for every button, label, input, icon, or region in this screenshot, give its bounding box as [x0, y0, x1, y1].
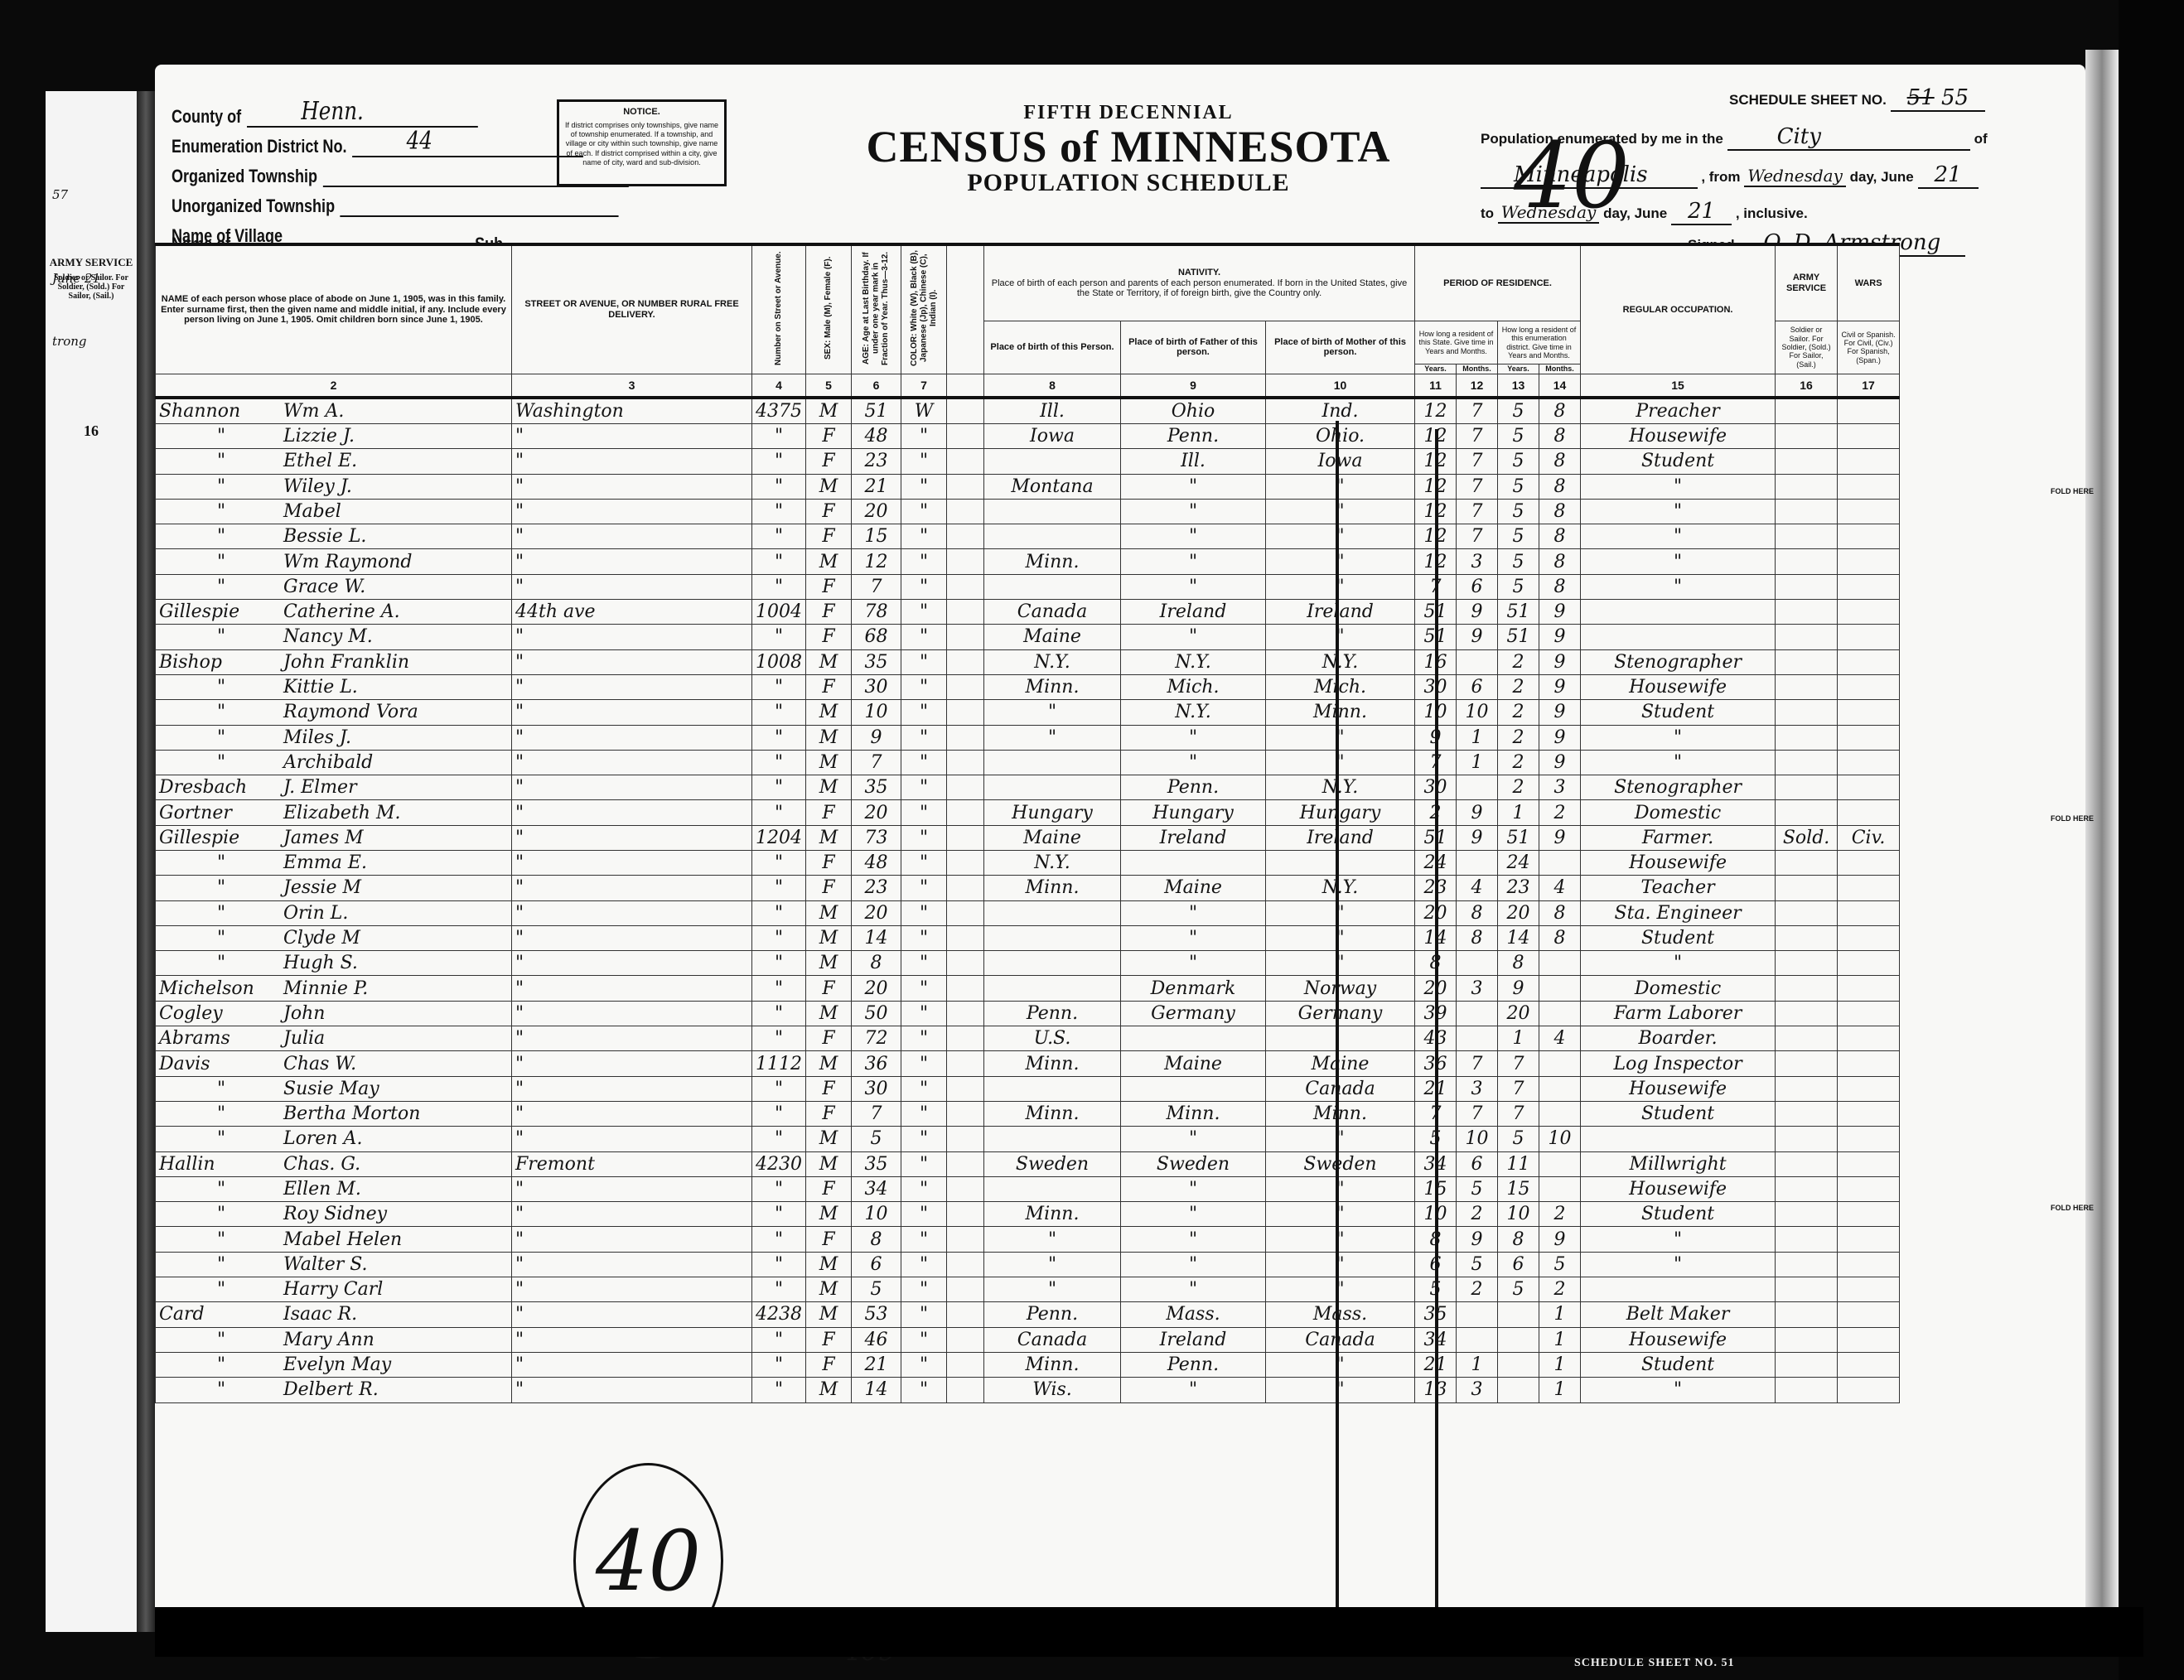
- county-label: County of: [172, 106, 241, 128]
- occupation-cell: Housewife: [1581, 850, 1776, 875]
- wars-cell: [1838, 1101, 1900, 1126]
- enumerated-label: Population enumerated by me in the: [1481, 131, 1723, 147]
- table-row: CogleyJohn""M50"Penn.GermanyGermany3920F…: [156, 1001, 2086, 1026]
- district-years-cell: 5: [1498, 398, 1539, 424]
- district-months-cell: 8: [1539, 398, 1581, 424]
- birth-mother-cell: ": [1266, 549, 1415, 574]
- district-years-cell: 5: [1498, 524, 1539, 549]
- birth-person-cell: Maine: [984, 625, 1121, 649]
- surname: ": [159, 1354, 283, 1375]
- sex-cell: F: [806, 625, 852, 649]
- district-years-cell: 51: [1498, 600, 1539, 625]
- district-months-cell: 3: [1539, 775, 1581, 800]
- name-cell: "Grace W.: [156, 574, 512, 599]
- army-cell: [1776, 1001, 1838, 1026]
- age-cell: 68: [852, 625, 901, 649]
- birth-father-cell: Penn.: [1121, 423, 1266, 448]
- surname: ": [159, 752, 283, 773]
- wars-cell: [1838, 951, 1900, 976]
- street-cell: ": [512, 1127, 752, 1151]
- sex-cell: F: [806, 600, 852, 625]
- district-years-cell: 2: [1498, 674, 1539, 699]
- occupation-cell: Student: [1581, 925, 1776, 950]
- color-header-text: COLOR: White (W), Black (B), Japanese (J…: [910, 246, 939, 370]
- given-name: Wm A.: [283, 401, 344, 422]
- birth-person-cell: Iowa: [984, 423, 1121, 448]
- number-cell: ": [752, 1127, 806, 1151]
- street-cell: ": [512, 499, 752, 524]
- col-birth-father-header: Place of birth of Father of this person.: [1121, 321, 1266, 374]
- number-cell: ": [752, 800, 806, 825]
- age-cell: 8: [852, 1227, 901, 1252]
- birth-mother-cell: ": [1266, 900, 1415, 925]
- birth-father-cell: ": [1121, 725, 1266, 750]
- blank-cell: [947, 1302, 984, 1327]
- from-date-line: Minneapolis , from Wednesday day, June 2…: [1481, 162, 1979, 187]
- birth-mother-cell: Minn.: [1266, 700, 1415, 725]
- army-cell: [1776, 574, 1838, 599]
- blank-cell: [947, 398, 984, 424]
- margin-cell: [1900, 850, 2086, 875]
- street-cell: ": [512, 449, 752, 474]
- given-name: Mary Ann: [283, 1330, 374, 1350]
- district-years-cell: 2: [1498, 700, 1539, 725]
- state-months-cell: 2: [1457, 1202, 1498, 1227]
- table-row: "Mabel""F20"""12758": [156, 499, 2086, 524]
- street-cell: 44th ave: [512, 600, 752, 625]
- street-cell: ": [512, 1302, 752, 1327]
- wars-cell: [1838, 1176, 1900, 1201]
- birth-father-cell: Mass.: [1121, 1302, 1266, 1327]
- street-cell: ": [512, 951, 752, 976]
- number-cell: ": [752, 775, 806, 800]
- table-row: DresbachJ. Elmer""M35"Penn.N.Y.3023Steno…: [156, 775, 2086, 800]
- next-sheet-label: SCHEDULE SHEET NO. 51: [1574, 1657, 1734, 1670]
- street-cell: ": [512, 524, 752, 549]
- place-value: Minneapolis: [1481, 162, 1698, 189]
- number-cell: ": [752, 951, 806, 976]
- sex-header-text: SEX: Male (M), Female (F).: [824, 246, 833, 370]
- surname: ": [159, 476, 283, 497]
- name-cell: GortnerElizabeth M.: [156, 800, 512, 825]
- margin-cell: [1900, 1227, 2086, 1252]
- population-table: NAME of each person whose place of abode…: [155, 243, 2085, 1403]
- wars-cell: [1838, 649, 1900, 674]
- given-name: Catherine A.: [283, 601, 400, 622]
- birth-mother-cell: ": [1266, 1202, 1415, 1227]
- street-cell: ": [512, 1352, 752, 1377]
- color-cell: ": [901, 574, 947, 599]
- birth-person-cell: ": [984, 725, 1121, 750]
- occupation-cell: Housewife: [1581, 423, 1776, 448]
- number-cell: ": [752, 850, 806, 875]
- table-row: "Kittie L.""F30"Minn.Mich.Mich.30629Hous…: [156, 674, 2086, 699]
- table-row: "Miles J.""M9""""9129": [156, 725, 2086, 750]
- sex-cell: M: [806, 1001, 852, 1026]
- age-cell: 5: [852, 1277, 901, 1302]
- number-cell: ": [752, 876, 806, 900]
- wars-cell: [1838, 499, 1900, 524]
- table-row: "Clyde M""M14"""148148Student: [156, 925, 2086, 950]
- number-cell: ": [752, 1001, 806, 1026]
- margin-cell: [1900, 750, 2086, 775]
- number-cell: ": [752, 524, 806, 549]
- age-cell: 53: [852, 1302, 901, 1327]
- district-years-cell: 1: [1498, 1026, 1539, 1051]
- surname: Hallin: [159, 1154, 283, 1175]
- given-name: Ellen M.: [283, 1179, 361, 1200]
- from-day: Wednesday: [1744, 166, 1846, 187]
- table-row: "Bessie L.""F15"""12758": [156, 524, 2086, 549]
- wars-cell: [1838, 574, 1900, 599]
- number-cell: ": [752, 925, 806, 950]
- fragment-signature: trong: [52, 333, 100, 350]
- number-cell: 4375: [752, 398, 806, 424]
- margin-cell: [1900, 925, 2086, 950]
- number-cell: 1112: [752, 1051, 806, 1076]
- army-cell: [1776, 1151, 1838, 1176]
- district-years-cell: 5: [1498, 449, 1539, 474]
- birth-mother-cell: ": [1266, 1127, 1415, 1151]
- number-cell: ": [752, 674, 806, 699]
- state-months-cell: 7: [1457, 499, 1498, 524]
- surname: ": [159, 1254, 283, 1275]
- birth-father-cell: Ireland: [1121, 825, 1266, 850]
- state-months-cell: 7: [1457, 474, 1498, 499]
- table-row: GillespieCatherine A.44th ave1004F78"Can…: [156, 600, 2086, 625]
- table-row: "Hugh S.""M8"""88": [156, 951, 2086, 976]
- birth-mother-cell: ": [1266, 1176, 1415, 1201]
- nativity-note: Place of birth of each person and parent…: [988, 278, 1411, 299]
- age-cell: 7: [852, 1101, 901, 1126]
- district-years-cell: 7: [1498, 1101, 1539, 1126]
- blank-cell: [947, 725, 984, 750]
- blank-cell: [947, 600, 984, 625]
- district-years-cell: 5: [1498, 549, 1539, 574]
- number-cell: ": [752, 1176, 806, 1201]
- street-cell: ": [512, 549, 752, 574]
- district-months-cell: 1: [1539, 1327, 1581, 1352]
- blank-cell: [947, 1176, 984, 1201]
- state-years-header: Years.: [1415, 364, 1457, 374]
- district-months-cell: [1539, 1101, 1581, 1126]
- name-cell: "Miles J.: [156, 725, 512, 750]
- army-cell: [1776, 850, 1838, 875]
- army-cell: [1776, 1352, 1838, 1377]
- number-cell: ": [752, 574, 806, 599]
- col-num-10: 10: [1266, 374, 1415, 398]
- birth-mother-cell: ": [1266, 474, 1415, 499]
- age-cell: 23: [852, 876, 901, 900]
- birth-person-cell: [984, 574, 1121, 599]
- margin-cell: [1900, 700, 2086, 725]
- name-cell: "Loren A.: [156, 1127, 512, 1151]
- state-months-cell: [1457, 1026, 1498, 1051]
- name-cell: MichelsonMinnie P.: [156, 976, 512, 1001]
- wars-cell: [1838, 524, 1900, 549]
- birth-person-cell: [984, 1127, 1121, 1151]
- birth-father-cell: ": [1121, 1176, 1266, 1201]
- street-cell: ": [512, 574, 752, 599]
- birth-mother-cell: [1266, 1026, 1415, 1051]
- col-birth-person-header: Place of birth of this Person.: [984, 321, 1121, 374]
- street-cell: ": [512, 1026, 752, 1051]
- given-name: Emma E.: [283, 852, 367, 873]
- col-num-5: 5: [806, 374, 852, 398]
- district-months-cell: 9: [1539, 725, 1581, 750]
- name-cell: DresbachJ. Elmer: [156, 775, 512, 800]
- surname: ": [159, 1103, 283, 1124]
- sex-cell: F: [806, 1076, 852, 1101]
- occupation-cell: Student: [1581, 700, 1776, 725]
- district-years-cell: 5: [1498, 574, 1539, 599]
- margin-cell: [1900, 775, 2086, 800]
- army-header-text: ARMY SERVICE: [1786, 273, 1826, 293]
- army-cell: [1776, 499, 1838, 524]
- district-months-cell: [1539, 1076, 1581, 1101]
- age-cell: 20: [852, 976, 901, 1001]
- sex-cell: F: [806, 674, 852, 699]
- district-months-cell: 2: [1539, 1202, 1581, 1227]
- birth-father-cell: ": [1121, 625, 1266, 649]
- state-months-cell: 7: [1457, 423, 1498, 448]
- margin-cell: [1900, 976, 2086, 1001]
- age-cell: 30: [852, 674, 901, 699]
- col-num-3: 3: [512, 374, 752, 398]
- name-cell: "Kittie L.: [156, 674, 512, 699]
- state-months-cell: 3: [1457, 549, 1498, 574]
- table-row: "Roy Sidney""M10"Minn.""102102Student: [156, 1202, 2086, 1227]
- name-cell: "Ethel E.: [156, 449, 512, 474]
- occupation-cell: ": [1581, 474, 1776, 499]
- col-occupation-header: REGULAR OCCUPATION.: [1581, 244, 1776, 374]
- district-months-cell: [1539, 1051, 1581, 1076]
- given-name: Delbert R.: [283, 1379, 379, 1400]
- birth-person-cell: Minn.: [984, 549, 1121, 574]
- editor-mark-line-1: [1336, 421, 1339, 1630]
- birth-father-cell: Ireland: [1121, 1327, 1266, 1352]
- surname: Gortner: [159, 803, 283, 823]
- col-num-11: 11: [1415, 374, 1457, 398]
- title-census-of-minnesota: CENSUS of MINNESOTA: [822, 124, 1435, 169]
- given-name: Grace W.: [283, 577, 365, 597]
- age-cell: 48: [852, 423, 901, 448]
- nativity-header: NATIVITY. Place of birth of each person …: [984, 244, 1415, 321]
- unorganized-township-value: [341, 215, 619, 217]
- given-name: Julia: [283, 1028, 325, 1049]
- birth-mother-cell: Canada: [1266, 1076, 1415, 1101]
- district-months-cell: [1539, 1151, 1581, 1176]
- blank-cell: [947, 1001, 984, 1026]
- street-cell: ": [512, 1252, 752, 1277]
- birth-person-cell: Minn.: [984, 1202, 1121, 1227]
- column-number-16: 16: [46, 422, 137, 440]
- birth-person-cell: [984, 925, 1121, 950]
- fold-mark-3: FOLD HERE: [2051, 1204, 2094, 1212]
- number-cell: ": [752, 900, 806, 925]
- birth-person-cell: Penn.: [984, 1001, 1121, 1026]
- given-name: Nancy M.: [283, 626, 373, 647]
- sex-cell: F: [806, 423, 852, 448]
- street-cell: ": [512, 474, 752, 499]
- given-name: J. Elmer: [283, 777, 357, 798]
- blank-cell: [947, 1277, 984, 1302]
- col-num-6: 6: [852, 374, 901, 398]
- birth-person-cell: ": [984, 1277, 1121, 1302]
- birth-father-cell: ": [1121, 1277, 1266, 1302]
- district-months-cell: 8: [1539, 474, 1581, 499]
- wars-cell: [1838, 750, 1900, 775]
- state-months-cell: 9: [1457, 1227, 1498, 1252]
- district-years-cell: 8: [1498, 951, 1539, 976]
- district-months-cell: 1: [1539, 1302, 1581, 1327]
- district-years-header: Years.: [1498, 364, 1539, 374]
- surname: Gillespie: [159, 601, 283, 622]
- street-cell: ": [512, 625, 752, 649]
- surname: ": [159, 903, 283, 924]
- sex-cell: M: [806, 900, 852, 925]
- street-cell: ": [512, 1327, 752, 1352]
- margin-cell: [1900, 1252, 2086, 1277]
- blank-cell: [947, 1051, 984, 1076]
- birth-mother-cell: ": [1266, 1378, 1415, 1402]
- state-months-cell: [1457, 1302, 1498, 1327]
- state-months-cell: 9: [1457, 600, 1498, 625]
- sex-cell: F: [806, 1352, 852, 1377]
- color-cell: ": [901, 1026, 947, 1051]
- district-years-cell: 2: [1498, 775, 1539, 800]
- age-cell: 14: [852, 925, 901, 950]
- sheet-current-value: 55: [1941, 85, 1969, 110]
- state-months-cell: 1: [1457, 750, 1498, 775]
- birth-person-cell: [984, 750, 1121, 775]
- sex-cell: F: [806, 876, 852, 900]
- enumerated-in-line: Population enumerated by me in the City …: [1481, 124, 1988, 149]
- age-cell: 35: [852, 775, 901, 800]
- surname: Abrams: [159, 1028, 283, 1049]
- name-cell: CogleyJohn: [156, 1001, 512, 1026]
- birth-mother-cell: [1266, 850, 1415, 875]
- color-cell: ": [901, 1001, 947, 1026]
- title-fifth-decennial: FIFTH DECENNIAL: [822, 102, 1435, 124]
- birth-mother-cell: ": [1266, 725, 1415, 750]
- age-cell: 10: [852, 1202, 901, 1227]
- given-name: Roy Sidney: [283, 1204, 387, 1224]
- district-months-cell: [1539, 976, 1581, 1001]
- margin-cell: [1900, 449, 2086, 474]
- age-cell: 46: [852, 1327, 901, 1352]
- given-name: Mabel Helen: [283, 1229, 402, 1250]
- surname: Dresbach: [159, 777, 283, 798]
- army-cell: [1776, 1051, 1838, 1076]
- birth-person-text: Place of birth of this Person.: [990, 342, 1114, 352]
- birth-father-cell: ": [1121, 951, 1266, 976]
- age-cell: 72: [852, 1026, 901, 1051]
- given-name: Harry Carl: [283, 1279, 383, 1300]
- street-cell: Fremont: [512, 1151, 752, 1176]
- army-cell: [1776, 649, 1838, 674]
- previous-page-strip: 57 June 21 trong ARMY SERVICE Soldier or…: [46, 91, 137, 1632]
- birth-person-cell: N.Y.: [984, 649, 1121, 674]
- birth-mother-cell: Mich.: [1266, 674, 1415, 699]
- blank-cell: [947, 775, 984, 800]
- sex-cell: M: [806, 825, 852, 850]
- wars-cell: [1838, 449, 1900, 474]
- birth-person-cell: [984, 524, 1121, 549]
- district-years-cell: 2: [1498, 750, 1539, 775]
- blank-cell: [947, 850, 984, 875]
- army-cell: [1776, 1127, 1838, 1151]
- sex-cell: M: [806, 1252, 852, 1277]
- enumerated-value: City: [1727, 124, 1970, 151]
- given-name: Orin L.: [283, 903, 348, 924]
- surname: ": [159, 727, 283, 748]
- army-cell: [1776, 549, 1838, 574]
- birth-father-cell: Minn.: [1121, 1101, 1266, 1126]
- occupation-cell: ": [1581, 499, 1776, 524]
- wars-cell: [1838, 1151, 1900, 1176]
- wars-cell: [1838, 1051, 1900, 1076]
- age-cell: 12: [852, 549, 901, 574]
- unorganized-township-label: Unorganized Township: [172, 196, 335, 217]
- birth-person-cell: Montana: [984, 474, 1121, 499]
- birth-person-cell: ": [984, 1252, 1121, 1277]
- color-cell: ": [901, 951, 947, 976]
- given-name: Clyde M: [283, 928, 360, 949]
- wars-cell: [1838, 625, 1900, 649]
- army-sub-header: Soldier or Sailor. For Soldier, (Sold.) …: [1776, 321, 1838, 374]
- age-cell: 34: [852, 1176, 901, 1201]
- col-sex-header: SEX: Male (M), Female (F).: [806, 244, 852, 374]
- wars-cell: [1838, 925, 1900, 950]
- age-cell: 73: [852, 825, 901, 850]
- table-row: "Mabel Helen""F8""""8989": [156, 1227, 2086, 1252]
- occupation-cell: Boarder.: [1581, 1026, 1776, 1051]
- blank-cell: [947, 649, 984, 674]
- margin-cell: [1900, 900, 2086, 925]
- state-months-cell: 9: [1457, 625, 1498, 649]
- name-cell: "Delbert R.: [156, 1378, 512, 1402]
- army-sub-text: Soldier or Sailor. For Soldier, (Sold.) …: [1782, 326, 1831, 368]
- birth-father-cell: N.Y.: [1121, 649, 1266, 674]
- district-months-cell: 10: [1539, 1127, 1581, 1151]
- sex-cell: F: [806, 1176, 852, 1201]
- name-cell: "Hugh S.: [156, 951, 512, 976]
- name-cell: "Mabel: [156, 499, 512, 524]
- given-name: Mabel: [283, 501, 341, 522]
- occupation-cell: [1581, 1277, 1776, 1302]
- blank-cell: [947, 1151, 984, 1176]
- district-months-cell: 8: [1539, 524, 1581, 549]
- birth-father-cell: ": [1121, 1252, 1266, 1277]
- surname: ": [159, 577, 283, 597]
- res-state-header: How long a resident of this State. Give …: [1415, 321, 1498, 364]
- street-cell: ": [512, 700, 752, 725]
- wars-cell: [1838, 1352, 1900, 1377]
- district-years-cell: 7: [1498, 1076, 1539, 1101]
- blank-cell: [947, 625, 984, 649]
- blank-cell: [947, 825, 984, 850]
- col-num-9: 9: [1121, 374, 1266, 398]
- margin-cell: [1900, 549, 2086, 574]
- schedule-sheet-no: SCHEDULE SHEET NO. 51 55: [1729, 85, 1985, 110]
- birth-father-cell: [1121, 850, 1266, 875]
- district-months-cell: 4: [1539, 1026, 1581, 1051]
- wars-cell: [1838, 674, 1900, 699]
- name-cell: "Lizzie J.: [156, 423, 512, 448]
- birth-father-cell: Hungary: [1121, 800, 1266, 825]
- table-row: "Archibald""M7"""7129": [156, 750, 2086, 775]
